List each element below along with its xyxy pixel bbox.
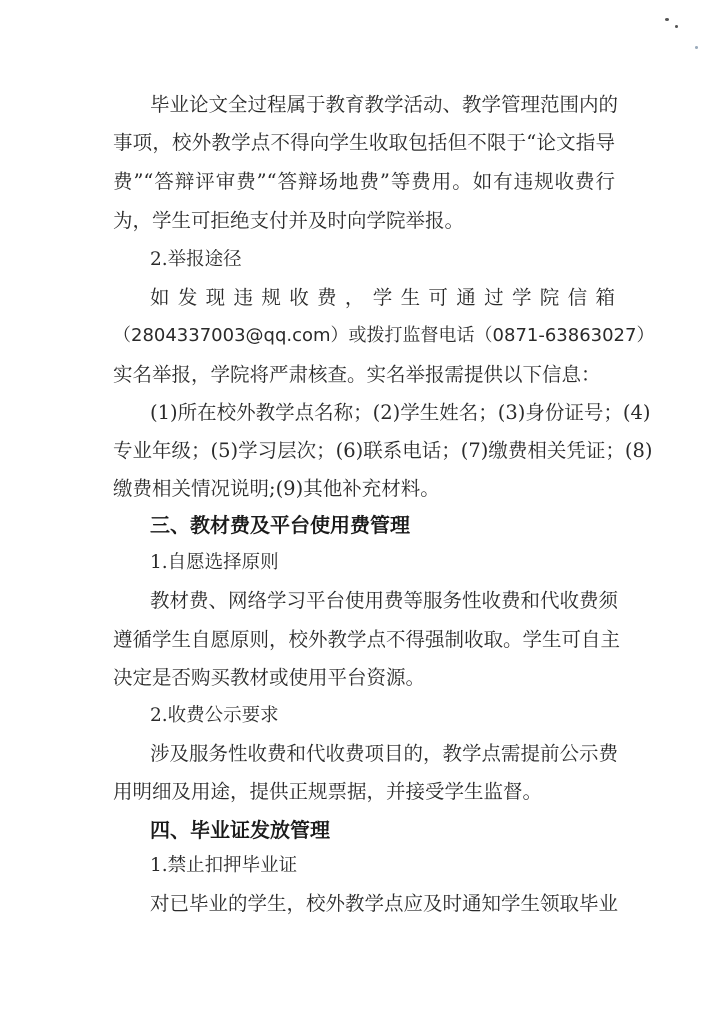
section-heading: 四、毕业证发放管理 bbox=[150, 818, 615, 842]
subsection-heading: 1.禁止扣押毕业证 bbox=[150, 854, 615, 878]
scan-speck bbox=[675, 25, 678, 28]
paragraph-line: 教材费、网络学习平台使用费等服务性收费和代收费须 bbox=[150, 589, 615, 613]
paragraph-line: 涉及服务性收费和代收费项目的，教学点需提前公示费 bbox=[150, 742, 615, 766]
subsection-heading: 2.举报途径 bbox=[150, 248, 615, 272]
scan-speck bbox=[665, 18, 669, 21]
subsection-heading: 1.自愿选择原则 bbox=[150, 551, 615, 575]
info-list-line: 缴费相关情况说明;(9)其他补充材料。 bbox=[113, 477, 615, 501]
info-list-line: 专业年级；(5)学习层次；(6)联系电话；(7)缴费相关凭证；(8) bbox=[113, 439, 615, 463]
paragraph-line: 遵循学生自愿原则，校外教学点不得强制收取。学生可自主 bbox=[113, 628, 615, 652]
contact-line: （2804337003@qq.com）或拨打监督电话（0871-63863027… bbox=[113, 324, 615, 348]
document-page: 毕业论文全过程属于教育教学活动、教学管理范围内的 事项，校外教学点不得向学生收取… bbox=[0, 0, 724, 1024]
paragraph-line: 用明细及用途，提供正规票据，并接受学生监督。 bbox=[113, 780, 615, 804]
scan-speck bbox=[695, 46, 698, 49]
info-list-line: (1)所在校外教学点名称；(2)学生姓名；(3)身份证号；(4) bbox=[150, 401, 615, 425]
paragraph-line: 实名举报，学院将严肃核查。实名举报需提供以下信息： bbox=[113, 363, 615, 387]
paragraph-line: 事项，校外教学点不得向学生收取包括但不限于“论文指导 bbox=[113, 131, 615, 155]
section-heading: 三、教材费及平台使用费管理 bbox=[150, 513, 615, 537]
paragraph-line: 为，学生可拒绝支付并及时向学院举报。 bbox=[113, 209, 615, 233]
subsection-heading: 2.收费公示要求 bbox=[150, 704, 615, 728]
paragraph-line: 毕业论文全过程属于教育教学活动、教学管理范围内的 bbox=[150, 93, 615, 117]
paragraph-line: 对已毕业的学生，校外教学点应及时通知学生领取毕业 bbox=[150, 892, 615, 916]
paragraph-line: 如发现违规收费，学生可通过学院信箱 bbox=[150, 286, 615, 310]
paragraph-line: 决定是否购买教材或使用平台资源。 bbox=[113, 666, 615, 690]
paragraph-line: 费”“答辩评审费”“答辩场地费”等费用。如有违规收费行 bbox=[113, 170, 615, 194]
